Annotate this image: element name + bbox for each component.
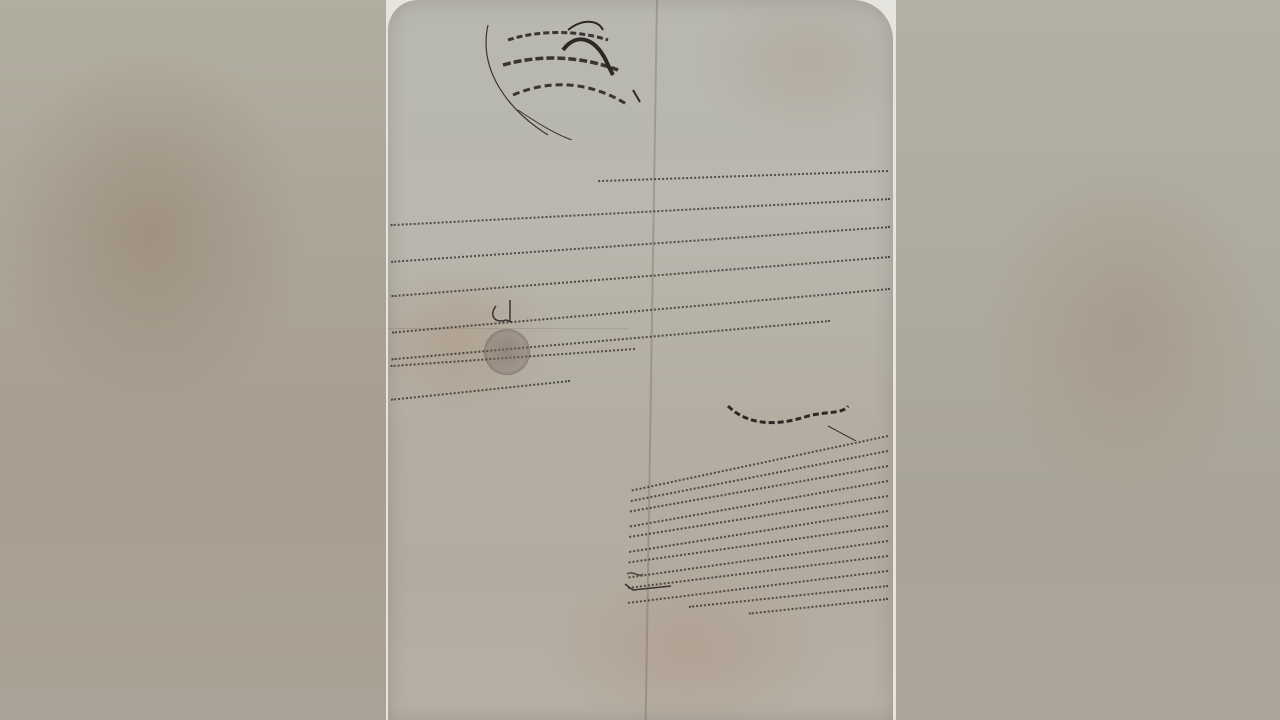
photo-stage: Photograph of a historical Ottoman Turki…	[0, 0, 1280, 720]
small-signature	[623, 570, 673, 594]
handwritten-mark	[488, 296, 518, 326]
signature: Signature in decorative script	[718, 396, 858, 441]
script-line	[391, 198, 890, 226]
script-line	[391, 226, 890, 263]
script-line	[749, 598, 888, 615]
calligraphic-heading: Calligraphic heading (tughra-style invoc…	[478, 10, 658, 140]
blurred-background-left	[0, 0, 386, 720]
script-line	[391, 256, 890, 297]
script-line	[632, 435, 889, 491]
script-line	[598, 170, 888, 182]
script-line	[392, 288, 890, 334]
script-line	[391, 380, 570, 401]
ink-seal: Round ink seal	[485, 330, 529, 374]
historical-document: Photograph of a historical Ottoman Turki…	[388, 0, 893, 720]
script-line	[631, 450, 889, 502]
blurred-background-right	[896, 0, 1280, 720]
script-line	[689, 585, 888, 608]
